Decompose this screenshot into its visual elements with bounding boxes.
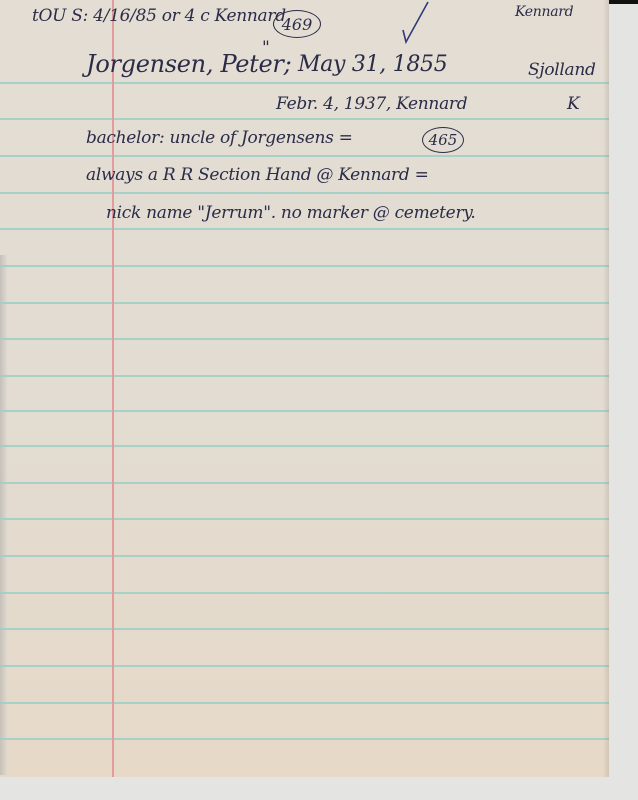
rule-line bbox=[0, 410, 609, 412]
rule-line bbox=[0, 592, 609, 594]
checkmark-icon bbox=[400, 0, 430, 46]
rule-line bbox=[0, 702, 609, 704]
torn-binding-edge bbox=[0, 255, 7, 775]
note-line-2: always a R R Section Hand @ Kennard = bbox=[86, 165, 429, 185]
rule-line bbox=[0, 482, 609, 484]
rule-line bbox=[0, 738, 609, 740]
ruled-paper-page: tOU S: 4/16/85 or 4 c Kennard 469 " Kenn… bbox=[0, 0, 609, 777]
rule-line bbox=[0, 445, 609, 447]
rule-line bbox=[0, 628, 609, 630]
margin-line bbox=[112, 0, 114, 777]
rule-line bbox=[0, 375, 609, 377]
record-number-circled: 469 bbox=[273, 10, 321, 38]
note-line-3: nick name "Jerrum". no marker @ cemetery… bbox=[106, 203, 475, 223]
scan-edge-strip bbox=[608, 0, 638, 4]
reference-number-circled: 465 bbox=[422, 127, 464, 153]
place-tag: Kennard bbox=[515, 4, 573, 20]
death-mark: K bbox=[567, 94, 579, 114]
rule-line bbox=[0, 555, 609, 557]
person-name: Jorgensen, Peter; bbox=[86, 50, 291, 78]
rule-line bbox=[0, 192, 609, 194]
rule-line bbox=[0, 338, 609, 340]
rule-line bbox=[0, 518, 609, 520]
rule-line bbox=[0, 118, 609, 120]
rule-line bbox=[0, 228, 609, 230]
note-line-1: bachelor: uncle of Jorgensens = bbox=[86, 128, 353, 148]
rule-line bbox=[0, 155, 609, 157]
source-note: tOU S: 4/16/85 or 4 c Kennard bbox=[32, 6, 286, 26]
death-date-place: Febr. 4, 1937, Kennard bbox=[276, 94, 467, 114]
birth-place: Sjolland bbox=[528, 60, 596, 80]
birth-date: May 31, 1855 bbox=[298, 52, 447, 77]
rule-line bbox=[0, 665, 609, 667]
rule-line bbox=[0, 82, 609, 84]
rule-line bbox=[0, 302, 609, 304]
rule-line bbox=[0, 265, 609, 267]
